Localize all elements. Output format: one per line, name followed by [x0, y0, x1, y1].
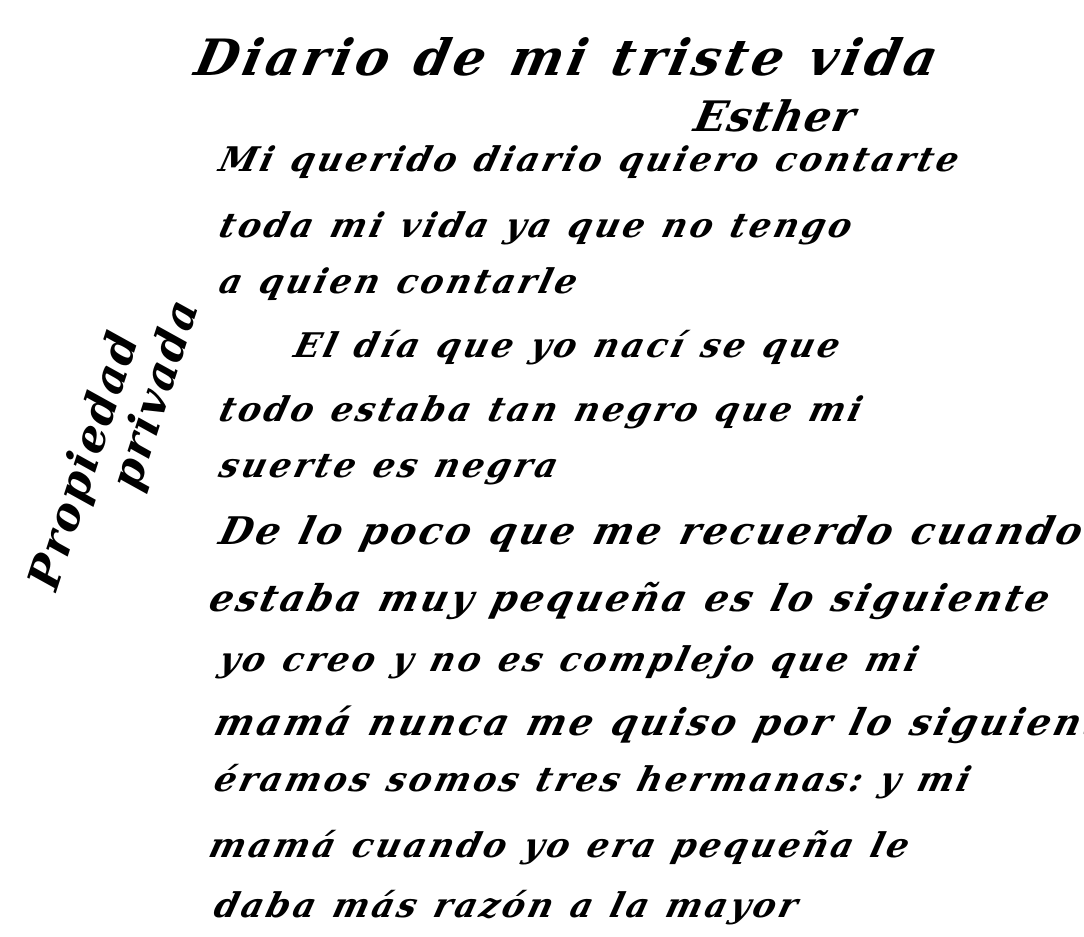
body-line-12: mamá cuando yo era pequeña le — [205, 826, 917, 866]
body-line-10: mamá nunca me quiso por lo siguiente — [210, 700, 1084, 744]
diary-title: Diario de mi triste vida — [190, 28, 947, 87]
body-line-4: El día que yo nací se que — [290, 326, 847, 366]
body-line-3: a quien contarle — [215, 262, 585, 302]
body-line-7: De lo poco que me recuerdo cuando — [215, 508, 1084, 553]
body-line-8: estaba muy pequeña es lo siguiente — [205, 576, 1058, 620]
body-line-2: toda mi vida ya que no tengo — [215, 206, 859, 246]
diary-page: Propiedad privada Diario de mi triste vi… — [0, 0, 1084, 937]
author-signature: Esther — [690, 92, 861, 141]
body-line-5: todo estaba tan negro que mi — [215, 390, 870, 430]
body-line-9: yo creo y no es complejo que mi — [215, 640, 926, 680]
body-line-11: éramos somos tres hermanas: y mi — [210, 760, 978, 800]
body-line-1: Mi querido diario quiero contarte — [215, 140, 966, 180]
body-line-6: suerte es negra — [215, 446, 565, 486]
body-line-13: daba más razón a la mayor — [210, 886, 805, 926]
